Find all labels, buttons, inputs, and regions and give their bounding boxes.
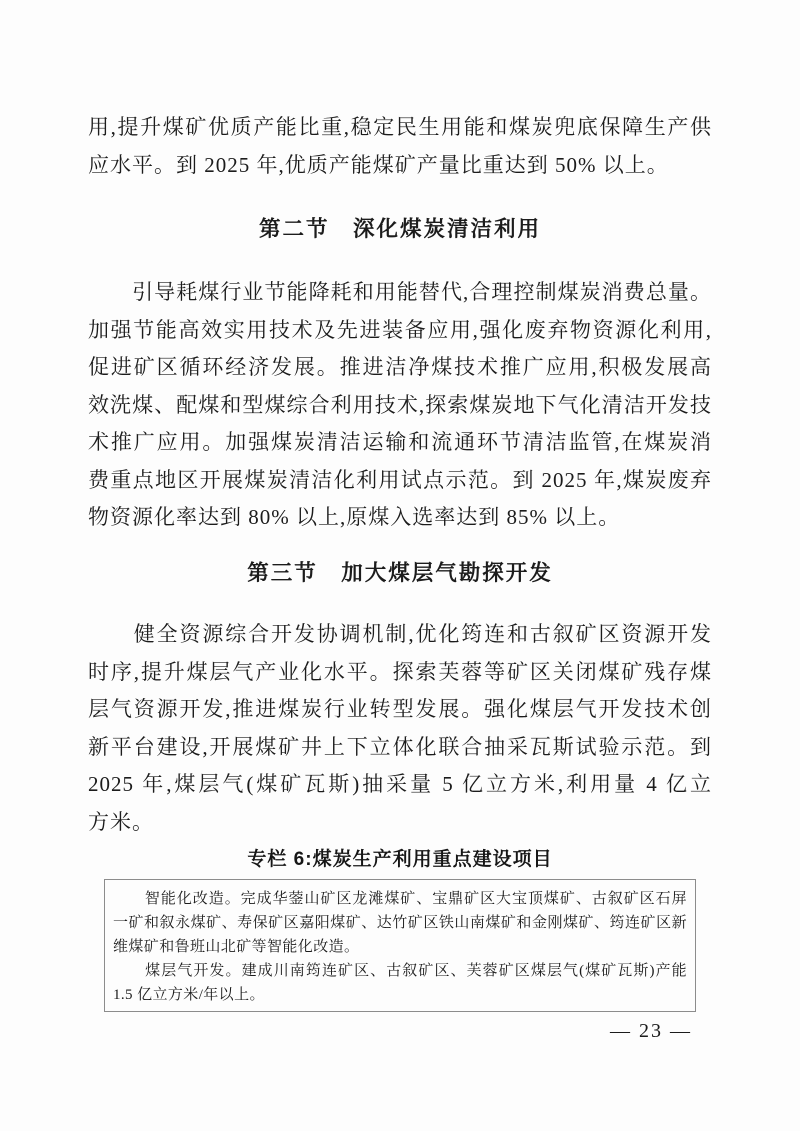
- text-line: 健全资源综合开发协调机制,优化筠连和古叙矿区资源开发: [88, 616, 712, 654]
- text-line: 费重点地区开展煤炭清洁化利用试点示范。到 2025 年,煤炭废弃: [88, 462, 712, 500]
- text-line: 物资源化率达到 80% 以上,原煤入选率达到 85% 以上。: [88, 499, 712, 537]
- text-line: 新平台建设,开展煤矿井上下立体化联合抽采瓦斯试验示范。到: [88, 729, 712, 767]
- text-line: 2025 年,煤层气(煤矿瓦斯)抽采量 5 亿立方米,利用量 4 亿立: [88, 766, 712, 804]
- paragraph-continuation: 用,提升煤矿优质产能比重,稳定民生用能和煤炭兜底保障生产供应水平。到 2025 …: [88, 109, 712, 184]
- text-line: 1.5 亿立方米/年以上。: [113, 983, 687, 1007]
- text-line: 促进矿区循环经济发展。推进洁净煤技术推广应用,积极发展高: [88, 349, 712, 387]
- text-line: 引导耗煤行业节能降耗和用能替代,合理控制煤炭消费总量。: [88, 274, 712, 312]
- section-2-heading: 第二节 深化煤炭清洁利用: [88, 211, 712, 249]
- text-line: 煤层气开发。建成川南筠连矿区、古叙矿区、芙蓉矿区煤层气(煤矿瓦斯)产能: [113, 959, 687, 983]
- box-6-paragraph-smart-upgrade: 智能化改造。完成华蓥山矿区龙滩煤矿、宝鼎矿区大宝顶煤矿、古叙矿区石屏一矿和叙永煤…: [113, 887, 687, 959]
- section-3-heading: 第三节 加大煤层气勘探开发: [88, 555, 712, 593]
- text-line: 应水平。到 2025 年,优质产能煤矿产量比重达到 50% 以上。: [88, 147, 712, 185]
- text-line: 术推广应用。加强煤炭清洁运输和流通环节清洁监管,在煤炭消: [88, 424, 712, 462]
- text-line: 智能化改造。完成华蓥山矿区龙滩煤矿、宝鼎矿区大宝顶煤矿、古叙矿区石屏: [113, 887, 687, 911]
- text-line: 方米。: [88, 804, 712, 842]
- box-6-panel: 智能化改造。完成华蓥山矿区龙滩煤矿、宝鼎矿区大宝顶煤矿、古叙矿区石屏一矿和叙永煤…: [104, 879, 696, 1012]
- document-page: 用,提升煤矿优质产能比重,稳定民生用能和煤炭兜底保障生产供应水平。到 2025 …: [0, 0, 800, 1131]
- text-line: 加强节能高效实用技术及先进装备应用,强化废弃物资源化利用,: [88, 312, 712, 350]
- section-2-paragraph: 引导耗煤行业节能降耗和用能替代,合理控制煤炭消费总量。加强节能高效实用技术及先进…: [88, 274, 712, 537]
- text-line: 维煤矿和鲁班山北矿等智能化改造。: [113, 935, 687, 959]
- text-line: 一矿和叙永煤矿、寿保矿区嘉阳煤矿、达竹矿区铁山南煤矿和金刚煤矿、筠连矿区新: [113, 911, 687, 935]
- text-line: 时序,提升煤层气产业化水平。探索芙蓉等矿区关闭煤矿残存煤: [88, 654, 712, 692]
- text-line: 用,提升煤矿优质产能比重,稳定民生用能和煤炭兜底保障生产供: [88, 109, 712, 147]
- page-number: — 23 —: [88, 1018, 712, 1044]
- text-line: 效洗煤、配煤和型煤综合利用技术,探索煤炭地下气化清洁开发技: [88, 387, 712, 425]
- text-line: 层气资源开发,推进煤炭行业转型发展。强化煤层气开发技术创: [88, 691, 712, 729]
- box-6-title: 专栏 6:煤炭生产利用重点建设项目: [88, 846, 712, 873]
- box-6-paragraph-cbm-development: 煤层气开发。建成川南筠连矿区、古叙矿区、芙蓉矿区煤层气(煤矿瓦斯)产能1.5 亿…: [113, 959, 687, 1007]
- section-3-paragraph: 健全资源综合开发协调机制,优化筠连和古叙矿区资源开发时序,提升煤层气产业化水平。…: [88, 616, 712, 841]
